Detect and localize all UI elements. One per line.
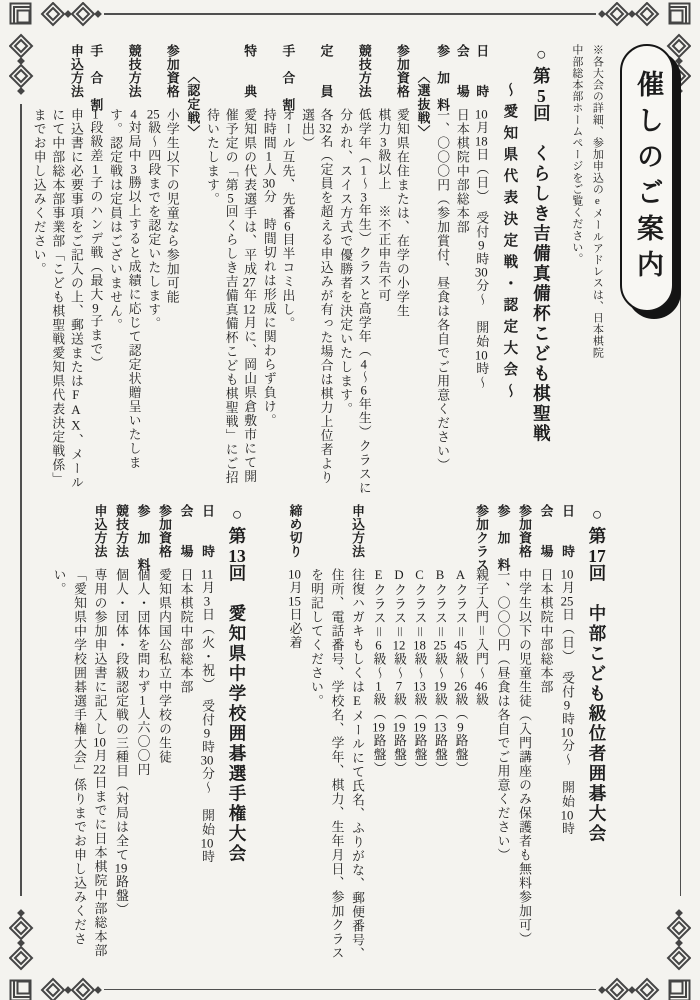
entry-value: 一、〇〇〇円（参加賞付、昼食は各自でご用意ください）: [435, 108, 449, 472]
entry-label: 定 員: [316, 44, 335, 98]
entry-value: 専用の参加申込書に記入し10月22日までに日本棋院中部総本部「愛知県中学校囲碁選…: [52, 568, 107, 958]
entry-fee: 参 加 料 個人・団体を問わず1人六〇〇円: [132, 504, 153, 966]
entry-datetime: 日 時 10月18日（日） 受付9時30分～ 開始10時～: [472, 44, 491, 496]
entry-value: 日本棋院中部総本部: [179, 568, 193, 694]
entry-label: 特 典: [240, 44, 259, 98]
entry-value: Bクラス＝25級～19級（13路盤）: [430, 568, 451, 966]
entry-label: 参 加 料: [132, 504, 153, 572]
entry-label: 参加資格: [514, 504, 535, 558]
entry-value: Dクラス＝12級～7級（19路盤）: [389, 568, 410, 966]
entry-label: 参 加 料: [433, 44, 452, 112]
entry-label: 会 場: [535, 504, 556, 558]
entry-value: 申込書に必要事項をご記入の上、郵送またはFAX、メールにて中部総本部事業部「こど…: [32, 108, 83, 490]
entry-label: 申込方法: [347, 504, 368, 558]
entry-value: 10月18日（日） 受付9時30分～ 開始10時～: [474, 108, 488, 390]
entry-apply: 申込方法 専用の参加申込書に記入し10月22日までに日本棋院中部総本部「愛知県中…: [48, 504, 110, 966]
entry-apply: 申込方法 往復ハガキもしくはEメールにて氏名、ふりがな、郵便番号、住所、電話番号…: [306, 504, 368, 966]
border-line-top: [104, 13, 596, 15]
entry-value: 愛知県在住または、在学の小学生: [392, 108, 411, 496]
entry-handicap: 手 合 割 オール互先、先番6目半コミ出し。 持時間1人30分 時間切れは形成に…: [259, 44, 296, 496]
entry-value: 個人・団体を問わず1人六〇〇円: [136, 568, 150, 777]
entry-prize: 特 典 愛知県の代表選手は、平成27年12月に、岡山県倉敷市にて開催予定の「第5…: [202, 44, 258, 496]
entry-label: 競技方法: [111, 504, 132, 558]
entry-value: 親子入門＝入門～46級: [471, 568, 492, 966]
entry-label: 参加資格: [154, 504, 175, 558]
entry-label: 日 時: [472, 44, 491, 98]
title-box: 催しのご案内: [620, 44, 674, 344]
entry-datetime: 日 時 10月25日（日） 受付9時10分～ 開始10時: [557, 504, 578, 966]
entry-value: 各32名（定員を超える申込みが有った場合は棋力上位者より選出）: [300, 108, 333, 485]
entry-eligibility: 参加資格 愛知県内国公私立中学校の生徒: [154, 504, 175, 966]
entry-label: 参加資格: [392, 44, 411, 98]
entry-datetime: 日 時 11月3日（火・祝） 受付9時30分～ 開始10時: [197, 504, 218, 966]
entry-value: 日本棋院中部総本部: [539, 568, 553, 694]
entry-value: 愛知県内国公私立中学校の生徒: [157, 568, 171, 764]
entry-value: Aクラス＝45級～26級（9路盤）: [450, 568, 471, 966]
entry-handicap: 手 合 割 1段級差1子のハンデ戦（最大9子まで）: [86, 44, 105, 496]
entry-label: 申込方法: [89, 504, 110, 558]
entry-eligibility: 参加資格 中学生以下の児童生徒（入門講座のみ保護者も無料参加可）: [514, 504, 535, 966]
entry-fee: 参 加 料 一、〇〇〇円（昼食は各自でご用意ください）: [492, 504, 513, 966]
entry-deadline: 締め切り 10月15日必着: [284, 504, 305, 966]
entry-venue: 会 場 日本棋院中部総本部: [175, 504, 196, 966]
entry-label: 参 加 料: [492, 504, 513, 572]
entry-venue: 会 場 日本棋院中部総本部: [535, 504, 556, 966]
entry-format: 競技方法 低学年（1～3年生）クラスと高学年（4～6年生）クラスに分かれ、スイス…: [336, 44, 373, 496]
entry-value: 愛知県の代表選手は、平成27年12月に、岡山県倉敷市にて開催予定の「第5回くらし…: [205, 108, 256, 485]
entry-classes: 参加クラス 親子入門＝入門～46級 Aクラス＝45級～26級（9路盤） Bクラス…: [368, 504, 491, 966]
entry-label: 日 時: [197, 504, 218, 558]
event1-title: ○第5回 くらしき吉備真備杯こども棋聖戦: [527, 44, 554, 496]
border-line-right: [680, 104, 682, 896]
entry-value: 日本棋院中部総本部: [455, 108, 469, 234]
subsection-nintei: 〈認定戦〉: [183, 44, 202, 496]
subsection-senbatsu: 〈選抜戦〉: [413, 44, 432, 496]
entry-label: 会 場: [452, 44, 471, 98]
entry-capacity: 定 員 各32名（定員を超える申込みが有った場合は棋力上位者より選出）: [297, 44, 334, 496]
event-chugakko-section: ○第13回 愛知県中学校囲碁選手権大会 日 時 11月3日（火・祝） 受付9時3…: [30, 504, 250, 966]
entry-value: 持時間1人30分 時間切れは形成に関わらず負け。: [259, 108, 278, 496]
entry-eligibility: 参加資格 愛知県在住または、在学の小学生 棋力3級以上 ※不正申告不可: [374, 44, 411, 496]
entry-value: 個人・団体・段級認定戦の三種目（対局は全て19路盤）: [114, 568, 128, 917]
entry-label: 競技方法: [354, 44, 373, 98]
entry-label: 参加クラス: [471, 504, 492, 572]
entry-value: 低学年（1～3年生）クラスと高学年（4～6年生）クラスに分かれ、スイス方式で優勝…: [338, 108, 371, 495]
entry-value: 11月3日（火・祝） 受付9時30分～ 開始10時: [200, 568, 214, 864]
entry-apply: 申込方法 申込書に必要事項をご記入の上、郵送またはFAX、メールにて中部総本部事…: [29, 44, 85, 496]
entry-value: オール互先、先番6目半コミ出し。: [278, 108, 297, 496]
header-note: ※各大会の詳細、参加申込のeメールアドレスは、日本棋院 中部総本部ホームページを…: [566, 44, 607, 416]
entry-label: 会 場: [175, 504, 196, 558]
entry-label: 日 時: [557, 504, 578, 558]
event1-subtitle: ～愛知県代表決定戦・認定大会～: [496, 44, 521, 496]
event-kisei-block: ○第5回 くらしき吉備真備杯こども棋聖戦 ～愛知県代表決定戦・認定大会～ 日 時…: [29, 44, 554, 496]
entry-label: 手 合 割: [86, 44, 105, 112]
entry-label: 申込方法: [66, 44, 85, 98]
entry-value: 往復ハガキもしくはEメールにて氏名、ふりがな、郵便番号、住所、電話番号、学校名、…: [309, 568, 364, 961]
entry-value: 棋力3級以上 ※不正申告不可: [374, 108, 393, 496]
entry-format: 競技方法 個人・団体・段級認定戦の三種目（対局は全て19路盤）: [111, 504, 132, 966]
entry-value: 一、〇〇〇円（昼食は各自でご用意ください）: [496, 568, 510, 862]
header-note-line: ※各大会の詳細、参加申込のeメールアドレスは、日本棋院: [587, 44, 608, 416]
entry-venue: 会 場 日本棋院中部総本部: [452, 44, 471, 496]
entry-value: 1段級差1子のハンデ戦（最大9子まで）: [88, 108, 102, 370]
entry-value: 4対局中3勝以上すると成績に応じて認定状贈呈いたします。認定戦は定員はございませ…: [108, 108, 141, 470]
entry-value: 中学生以下の児童生徒（入門講座のみ保護者も無料参加可）: [517, 568, 531, 946]
entry-value: Cクラス＝18級～13級（19路盤）: [409, 568, 430, 966]
scanned-notice-page: 催しのご案内 ※各大会の詳細、参加申込のeメールアドレスは、日本棋院 中部総本部…: [0, 0, 700, 1000]
top-section: 催しのご案内 ※各大会の詳細、参加申込のeメールアドレスは、日本棋院 中部総本部…: [26, 44, 674, 496]
border-line-left: [20, 104, 22, 896]
entry-format: 競技方法 4対局中3勝以上すると成績に応じて認定状贈呈いたします。認定戦は定員は…: [105, 44, 142, 496]
event-kyuisha-section: ○第17回 中部こども級位者囲碁大会 日 時 10月25日（日） 受付9時10分…: [246, 504, 610, 966]
entry-value: Eクラス＝6級～1級（19路盤）: [368, 568, 389, 966]
entry-value: 10月25日（日） 受付9時10分～ 開始10時: [560, 568, 574, 836]
entry-fee: 参 加 料 一、〇〇〇円（参加賞付、昼食は各自でご用意ください）: [433, 44, 452, 496]
entry-eligibility: 参加資格 小学生以下の児童なら参加可能 25級～四段までを認定いたします。: [144, 44, 181, 496]
entry-label: 参加資格: [162, 44, 181, 98]
event2-title: ○第17回 中部こども級位者囲碁大会: [583, 504, 610, 966]
entry-label: 締め切り: [284, 504, 305, 558]
entry-label: 手 合 割: [278, 44, 297, 112]
entry-label: 競技方法: [124, 44, 143, 98]
entry-value: 10月15日必着: [288, 568, 302, 650]
title-box-frame: 催しのご案内: [620, 44, 674, 312]
page-title: 催しのご案内: [633, 70, 663, 286]
entry-value: 25級～四段までを認定いたします。: [144, 108, 163, 496]
header-note-line: 中部総本部ホームページをご覧ください。: [566, 44, 587, 416]
event3-title: ○第13回 愛知県中学校囲碁選手権大会: [223, 504, 250, 966]
border-line-bottom: [104, 989, 596, 991]
entry-value: 小学生以下の児童なら参加可能: [162, 108, 181, 496]
